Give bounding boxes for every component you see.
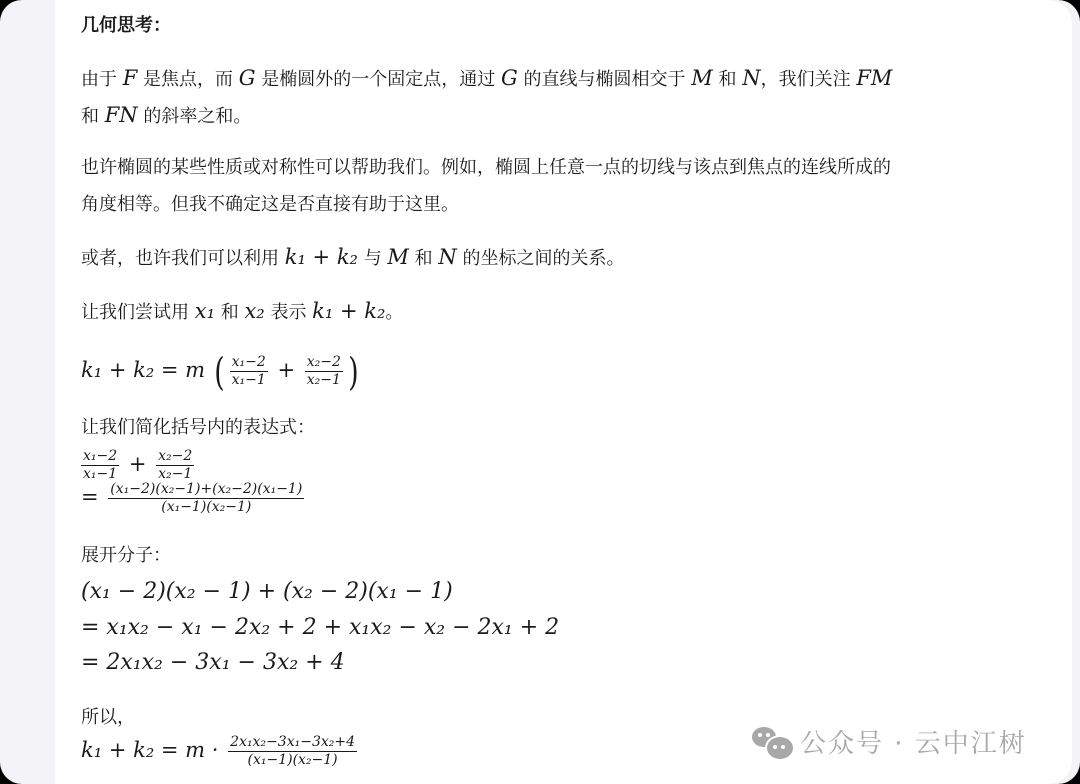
- numerator: x₂−2: [305, 355, 343, 372]
- math-var: FN: [105, 103, 138, 127]
- text: 的直线与椭圆相交于: [518, 69, 691, 90]
- text: 或者，也许我们可以利用: [81, 248, 285, 269]
- math-var: G: [501, 66, 518, 90]
- math-var: N: [438, 245, 456, 269]
- equals: =: [81, 485, 99, 509]
- numerator: 2x₁x₂−3x₁−3x₂+4: [228, 735, 357, 752]
- plus: +: [277, 358, 295, 382]
- left-paren: (: [214, 353, 224, 391]
- paragraph-2-line-1: 也许椭圆的某些性质或对称性可以帮助我们。例如，椭圆上任意一点的切线与该点到焦点的…: [81, 156, 891, 180]
- text: 让我们尝试用: [81, 302, 195, 323]
- expand-line-1: (x₁ − 2)(x₂ − 1) + (x₂ − 2)(x₁ − 1): [81, 578, 453, 606]
- wechat-icon: [752, 726, 792, 758]
- denominator: x₂−1: [305, 372, 343, 388]
- math-var: G: [239, 66, 256, 90]
- math-var: N: [742, 66, 760, 90]
- equation-2-line-1: x₁−2x₁−1 + x₂−2x₂−1: [81, 448, 197, 482]
- text: 和: [409, 248, 438, 269]
- paragraph-7: 所以，: [81, 706, 135, 730]
- math-var: x₂: [244, 299, 264, 323]
- math-expr: k₁ + k₂: [312, 299, 385, 323]
- denominator: x₁−1: [230, 372, 268, 388]
- paragraph-6: 展开分子：: [81, 544, 171, 568]
- eq1-lhs: k₁ + k₂ = m: [81, 358, 205, 382]
- watermark-text: 公众号 · 云中江树: [800, 723, 1027, 760]
- watermark: 公众号 · 云中江树: [752, 723, 1027, 760]
- expand-line-2: = x₁x₂ − x₁ − 2x₂ + 2 + x₁x₂ − x₂ − 2x₁ …: [81, 614, 559, 642]
- right-paren: ): [348, 353, 358, 391]
- plus: +: [129, 452, 147, 476]
- equation-1: k₁ + k₂ = m (x₁−2x₁−1 + x₂−2x₂−1): [81, 346, 361, 394]
- fraction: x₁−2x₁−1: [81, 449, 119, 482]
- final-lhs: k₁ + k₂ = m ·: [81, 738, 218, 762]
- text: 由于: [81, 69, 123, 90]
- text: 和: [713, 69, 742, 90]
- paragraph-2-line-2: 角度相等。但我不确定这是否直接有助于这里。: [81, 193, 459, 217]
- numerator: (x₁−2)(x₂−1)+(x₂−2)(x₁−1): [108, 482, 304, 499]
- text: 表示: [265, 302, 312, 323]
- math-expr: k₁ + k₂: [285, 245, 358, 269]
- math-var: FM: [856, 66, 892, 90]
- denominator: x₂−1: [156, 466, 194, 482]
- fraction: x₂−2x₂−1: [305, 355, 343, 388]
- fraction: 2x₁x₂−3x₁−3x₂+4(x₁−1)(x₂−1): [228, 735, 357, 768]
- paragraph-3: 或者，也许我们可以利用 k₁ + k₂ 与 M 和 N 的坐标之间的关系。: [81, 245, 625, 271]
- text: 是椭圆外的一个固定点，通过: [256, 69, 501, 90]
- text: ，我们关注: [761, 69, 857, 90]
- content-card: 几何思考： 由于 F 是焦点，而 G 是椭圆外的一个固定点，通过 G 的直线与椭…: [55, 0, 1072, 784]
- math-var: x₁: [195, 299, 215, 323]
- expand-line-3: = 2x₁x₂ − 3x₁ − 3x₂ + 4: [81, 649, 345, 677]
- fraction: (x₁−2)(x₂−1)+(x₂−2)(x₁−1)(x₁−1)(x₂−1): [108, 482, 304, 515]
- final-equation: k₁ + k₂ = m · 2x₁x₂−3x₁−3x₂+4(x₁−1)(x₂−1…: [81, 732, 360, 768]
- text: 和: [81, 106, 105, 127]
- numerator: x₁−2: [81, 449, 119, 466]
- page-frame: 几何思考： 由于 F 是焦点，而 G 是椭圆外的一个固定点，通过 G 的直线与椭…: [0, 0, 1080, 784]
- text: 是焦点，而: [137, 69, 238, 90]
- math-var: F: [123, 66, 138, 90]
- paragraph-4: 让我们尝试用 x₁ 和 x₂ 表示 k₁ + k₂。: [81, 299, 403, 325]
- equation-2-line-2: = (x₁−2)(x₂−1)+(x₂−2)(x₁−1)(x₁−1)(x₂−1): [81, 481, 307, 515]
- text: 的坐标之间的关系。: [457, 248, 625, 269]
- math-var: M: [387, 245, 409, 269]
- paragraph-1-line-1: 由于 F 是焦点，而 G 是椭圆外的一个固定点，通过 G 的直线与椭圆相交于 M…: [81, 66, 892, 92]
- denominator: (x₁−1)(x₂−1): [159, 499, 253, 515]
- section-heading: 几何思考：: [81, 14, 171, 38]
- numerator: x₂−2: [156, 449, 194, 466]
- denominator: (x₁−1)(x₂−1): [246, 752, 340, 768]
- paragraph-5: 让我们简化括号内的表达式：: [81, 416, 315, 440]
- denominator: x₁−1: [81, 466, 119, 482]
- fraction: x₂−2x₂−1: [156, 449, 194, 482]
- fraction: x₁−2x₁−1: [230, 355, 268, 388]
- paragraph-1-line-2: 和 FN 的斜率之和。: [81, 103, 251, 129]
- text: 。: [385, 302, 403, 323]
- text: 的斜率之和。: [138, 106, 252, 127]
- math-var: M: [691, 66, 713, 90]
- text: 和: [215, 302, 244, 323]
- text: 与: [358, 248, 387, 269]
- numerator: x₁−2: [230, 355, 268, 372]
